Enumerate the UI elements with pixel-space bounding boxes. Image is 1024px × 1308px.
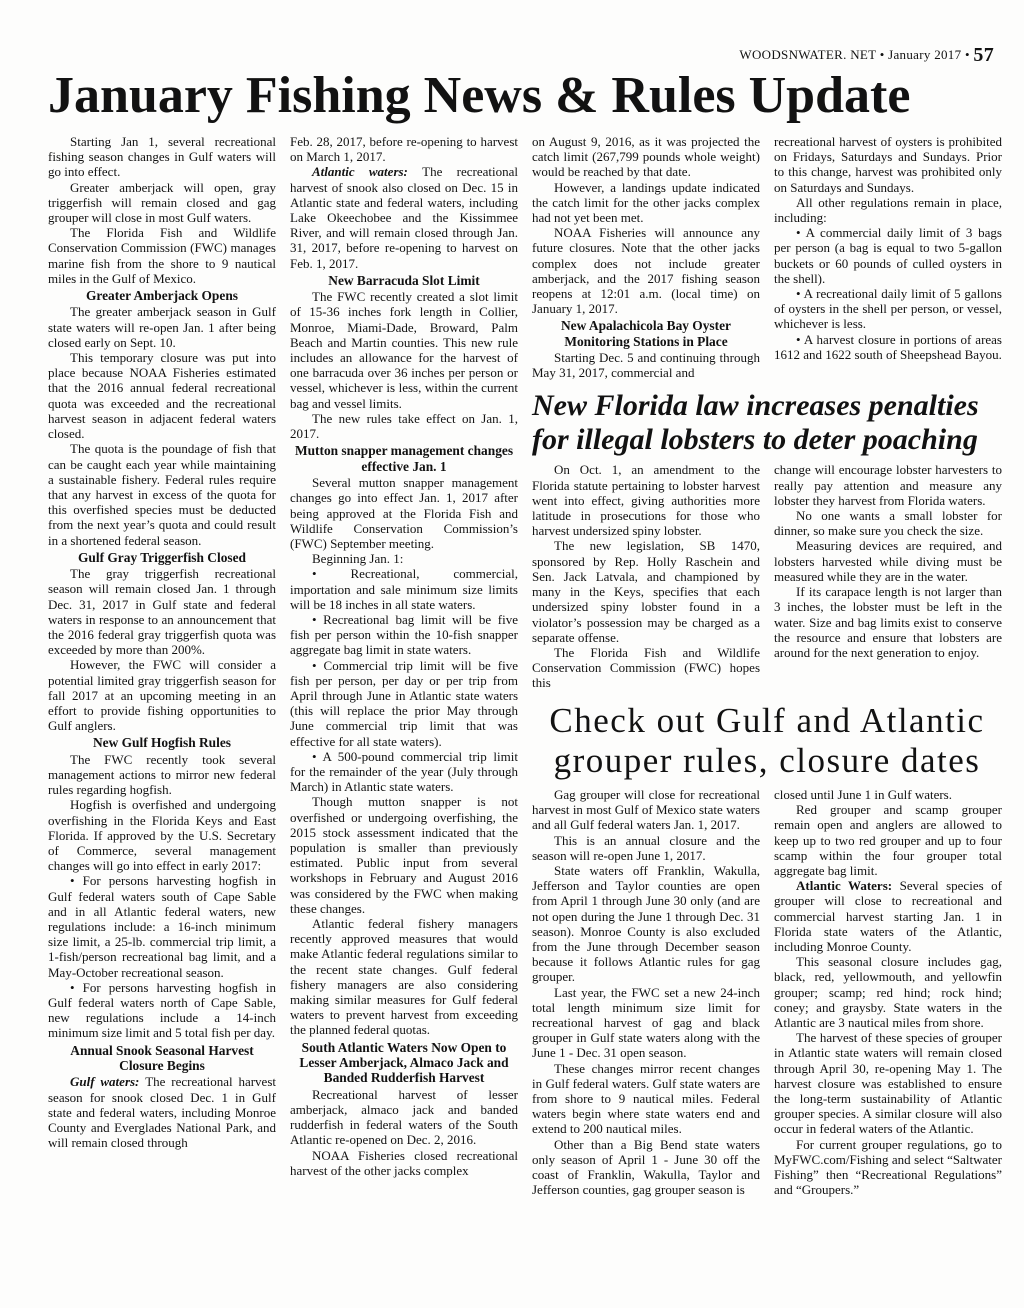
masthead-issue-date: January 2017 xyxy=(888,47,961,62)
bullet-paragraph: • For persons harvesting hogfish in Gulf… xyxy=(48,980,276,1041)
paragraph: NOAA Fisheries closed recreational harve… xyxy=(290,1148,518,1178)
paragraph: recreational harvest of oysters is prohi… xyxy=(774,134,1002,195)
main-article-column-1: Starting Jan 1, several recreational fis… xyxy=(48,134,276,1178)
paragraph: The greater amberjack season in Gulf sta… xyxy=(48,304,276,350)
paragraph: Several mutton snapper management change… xyxy=(290,475,518,551)
main-article-column-2: Feb. 28, 2017, before re-opening to harv… xyxy=(290,134,518,1178)
paragraph: The harvest of these species of grouper … xyxy=(774,1030,1002,1136)
paragraph: For current grouper regulations, go to M… xyxy=(774,1137,1002,1198)
paragraph: Gulf waters: The recreational harvest se… xyxy=(48,1074,276,1150)
masthead: WOODSNWATER. NET • January 2017 • 57 xyxy=(48,44,1002,67)
section-heading: Gulf Gray Triggerfish Closed xyxy=(48,550,276,565)
paragraph: If its carapace length is not larger tha… xyxy=(774,584,1002,660)
lobster-article-column-1: On Oct. 1, an amendment to the Florida s… xyxy=(532,462,760,690)
paragraph: This is an annual closure and the season… xyxy=(532,833,760,863)
grouper-article-headline: Check out Gulf and Atlantic grouper rule… xyxy=(532,701,1002,782)
paragraph-lead: Gulf waters: xyxy=(70,1074,145,1089)
paragraph: closed until June 1 in Gulf waters. xyxy=(774,787,1002,802)
paragraph: However, the FWC will consider a potenti… xyxy=(48,657,276,733)
paragraph: This temporary closure was put into plac… xyxy=(48,350,276,441)
bullet-paragraph: • Recreational bag limit will be five fi… xyxy=(290,612,518,658)
main-article-column-3: on August 9, 2016, as it was projected t… xyxy=(532,134,760,381)
paragraph: Starting Jan 1, several recreational fis… xyxy=(48,134,276,180)
paragraph: Greater amberjack will open, gray trigge… xyxy=(48,180,276,226)
paragraph: The new legislation, SB 1470, sponsored … xyxy=(532,538,760,644)
masthead-site: WOODSNWATER. NET xyxy=(739,47,876,62)
section-heading: New Gulf Hogfish Rules xyxy=(48,735,276,750)
bullet-paragraph: • A commercial daily limit of 3 bags per… xyxy=(774,225,1002,286)
section-heading: Greater Amberjack Opens xyxy=(48,288,276,303)
paragraph: State waters off Franklin, Wakulla, Jeff… xyxy=(532,863,760,985)
paragraph: This seasonal closure includes gag, blac… xyxy=(774,954,1002,1030)
lobster-article-column-2: change will encourage lobster harvesters… xyxy=(774,462,1002,690)
paragraph: Atlantic waters: The recreational harves… xyxy=(290,164,518,270)
masthead-separator: • xyxy=(965,47,970,62)
paragraph: Atlantic Waters: Several species of grou… xyxy=(774,878,1002,954)
paragraph: On Oct. 1, an amendment to the Florida s… xyxy=(532,462,760,538)
bullet-paragraph: • A harvest closure in portions of areas… xyxy=(774,332,1002,362)
paragraph-lead: Atlantic waters: xyxy=(312,164,422,179)
paragraph: Atlantic federal fishery managers recent… xyxy=(290,916,518,1038)
bullet-paragraph: • Commercial trip limit will be five fis… xyxy=(290,658,518,749)
paragraph: change will encourage lobster harvesters… xyxy=(774,462,1002,508)
main-article-column-4: recreational harvest of oysters is prohi… xyxy=(774,134,1002,381)
paragraph: However, a landings update indicated the… xyxy=(532,180,760,226)
paragraph: These changes mirror recent changes in G… xyxy=(532,1061,760,1137)
lobster-article-headline: New Florida law increases penalties for … xyxy=(532,389,1002,457)
section-heading: New Apalachicola Bay Oyster Monitoring S… xyxy=(532,318,760,349)
paragraph: Last year, the FWC set a new 24-inch tot… xyxy=(532,985,760,1061)
newspaper-page: WOODSNWATER. NET • January 2017 • 57 Jan… xyxy=(0,0,1024,1308)
paragraph: Gag grouper will close for recreational … xyxy=(532,787,760,833)
paragraph: Though mutton snapper is not overfished … xyxy=(290,794,518,916)
paragraph: on August 9, 2016, as it was projected t… xyxy=(532,134,760,180)
right-half: on August 9, 2016, as it was projected t… xyxy=(532,134,1002,1197)
bullet-paragraph: • Recreational, commercial, importation … xyxy=(290,566,518,612)
bullet-paragraph: • A recreational daily limit of 5 gallon… xyxy=(774,286,1002,332)
paragraph: The new rules take effect on Jan. 1, 201… xyxy=(290,411,518,441)
paragraph: Recreational harvest of lesser amberjack… xyxy=(290,1087,518,1148)
paragraph: Feb. 28, 2017, before re-opening to harv… xyxy=(290,134,518,164)
paragraph: The Florida Fish and Wildlife Conservati… xyxy=(532,645,760,691)
paragraph: Measuring devices are required, and lobs… xyxy=(774,538,1002,584)
paragraph-lead: Atlantic Waters: xyxy=(796,878,900,893)
paragraph: Other than a Big Bend state waters only … xyxy=(532,1137,760,1198)
section-heading: Mutton snapper management changes effect… xyxy=(290,443,518,474)
grouper-article-column-1: Gag grouper will close for recreational … xyxy=(532,787,760,1197)
main-headline: January Fishing News & Rules Update xyxy=(48,69,1002,122)
paragraph: All other regulations remain in place, i… xyxy=(774,195,1002,225)
article-body: Starting Jan 1, several recreational fis… xyxy=(48,134,1002,1197)
paragraph: The FWC recently created a slot limit of… xyxy=(290,289,518,411)
grouper-article-column-2: closed until June 1 in Gulf waters.Red g… xyxy=(774,787,1002,1197)
paragraph: Hogfish is overfished and undergoing ove… xyxy=(48,797,276,873)
masthead-page-number: 57 xyxy=(973,44,994,66)
paragraph: NOAA Fisheries will announce any future … xyxy=(532,225,760,316)
section-heading: Annual Snook Seasonal Harvest Closure Be… xyxy=(48,1043,276,1074)
paragraph: The gray triggerfish recreational season… xyxy=(48,566,276,657)
masthead-separator: • xyxy=(880,47,885,62)
paragraph: The Florida Fish and Wildlife Conservati… xyxy=(48,225,276,286)
section-heading: New Barracuda Slot Limit xyxy=(290,273,518,288)
paragraph: Starting Dec. 5 and continuing through M… xyxy=(532,350,760,380)
paragraph: Beginning Jan. 1: xyxy=(290,551,518,566)
paragraph: The quota is the poundage of fish that c… xyxy=(48,441,276,547)
paragraph: No one wants a small lobster for dinner,… xyxy=(774,508,1002,538)
bullet-paragraph: • A 500-pound commercial trip limit for … xyxy=(290,749,518,795)
bullet-paragraph: • For persons harvesting hogfish in Gulf… xyxy=(48,873,276,979)
section-heading: South Atlantic Waters Now Open to Lesser… xyxy=(290,1040,518,1086)
paragraph: Red grouper and scamp grouper remain ope… xyxy=(774,802,1002,878)
paragraph: The FWC recently took several management… xyxy=(48,752,276,798)
left-half: Starting Jan 1, several recreational fis… xyxy=(48,134,518,1197)
